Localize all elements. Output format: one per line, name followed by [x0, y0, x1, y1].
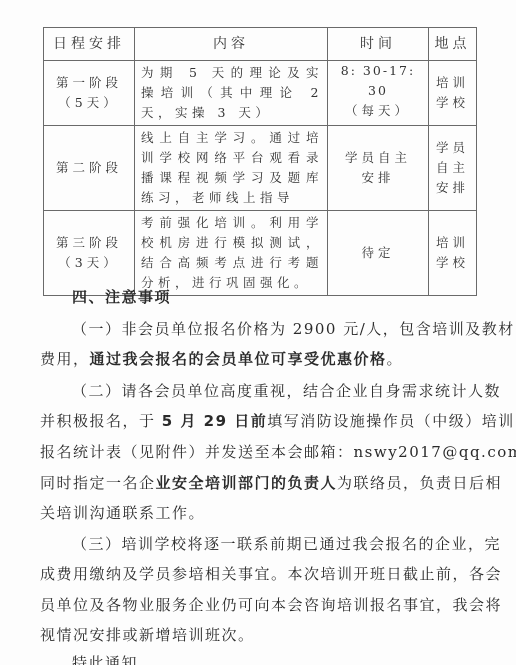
- place-cell: 学员自主安排: [429, 126, 477, 211]
- time-value: 学员自主: [332, 148, 424, 168]
- place-note: 安排: [433, 178, 472, 198]
- paragraph-2-line-2: 并积极报名，于 5 月 29 日前填写消防设施操作员（中级）培训: [40, 410, 515, 431]
- paragraph-3-line-2: 成费用缴纳及学员参培相关事宜。本次培训开班日截止前，各会: [40, 563, 502, 584]
- text: 费用，: [40, 350, 90, 368]
- table-row: 第二阶段 线上自主学习。通过培训学校网络平台观看录播课程视频学习及题库练习，老师…: [44, 126, 477, 211]
- time-cell: 待定: [328, 211, 429, 296]
- place-cell: 培训学校: [429, 61, 477, 126]
- stage-cell: 第一阶段（5天）: [44, 61, 135, 126]
- stage-label: 第三阶段: [48, 233, 130, 253]
- stage-duration: （3天）: [48, 253, 130, 273]
- text: 并积极报名，于: [40, 412, 162, 430]
- time-value: 8: 30-17: 30: [332, 61, 424, 101]
- time-note: （每天）: [332, 101, 424, 121]
- section-heading: 四、注意事项: [72, 286, 171, 307]
- place-cell: 培训学校: [429, 211, 477, 296]
- text: 。: [387, 350, 404, 368]
- time-note: 安排: [332, 168, 424, 188]
- header-schedule: 日程安排: [44, 28, 135, 61]
- stage-duration: （5天）: [48, 93, 130, 113]
- table-header-row: 日程安排 内容 时间 地点: [44, 28, 477, 61]
- paragraph-2-line-5: 关培训沟通联系工作。: [40, 502, 205, 523]
- bold-text: 业安全培训部门的负责人: [156, 474, 338, 492]
- time-value: 待定: [332, 243, 424, 263]
- bold-text: 5 月 29 日前: [162, 412, 267, 430]
- content-cell: 考前强化培训。利用学校机房进行模拟测试，结合高频考点进行考题分析，进行巩固强化。: [135, 211, 328, 296]
- paragraph-2-line-1: （二）请各会员单位高度重视，结合企业自身需求统计人数: [72, 380, 501, 401]
- place-value: 培训学校: [433, 73, 472, 113]
- time-cell: 学员自主安排: [328, 126, 429, 211]
- paragraph-2-line-3: 报名统计表（见附件）并发送至本会邮箱：nswy2017@qq.com，: [40, 441, 516, 462]
- stage-label: 第一阶段: [48, 73, 130, 93]
- place-value: 学员自主: [433, 138, 472, 178]
- text: 为联络员，负责日后相: [337, 474, 502, 492]
- header-time: 时间: [328, 28, 429, 61]
- header-content: 内容: [135, 28, 328, 61]
- stage-cell: 第二阶段: [44, 126, 135, 211]
- text: 填写消防设施操作员（中级）培训: [267, 412, 515, 430]
- content-cell: 为期 5 天的理论及实操培训（其中理论 2 天，实操 3 天）: [135, 61, 328, 126]
- time-cell: 8: 30-17: 30（每天）: [328, 61, 429, 126]
- stage-cell: 第三阶段（3天）: [44, 211, 135, 296]
- table-row: 第三阶段（3天） 考前强化培训。利用学校机房进行模拟测试，结合高频考点进行考题分…: [44, 211, 477, 296]
- header-place: 地点: [429, 28, 477, 61]
- place-value: 培训学校: [433, 233, 472, 273]
- text: 同时指定一名企: [40, 474, 156, 492]
- closing-text: 特此通知。: [72, 652, 155, 665]
- paragraph-1-line-2: 费用，通过我会报名的会员单位可享受优惠价格。: [40, 348, 403, 369]
- paragraph-3-line-3: 员单位及各物业服务企业仍可向本会咨询培训报名事宜，我会将: [40, 594, 502, 615]
- schedule-table: 日程安排 内容 时间 地点 第一阶段（5天） 为期 5 天的理论及实操培训（其中…: [43, 27, 477, 296]
- paragraph-3-line-4: 视情况安排或新增培训班次。: [40, 624, 255, 645]
- content-cell: 线上自主学习。通过培训学校网络平台观看录播课程视频学习及题库练习，老师线上指导: [135, 126, 328, 211]
- bold-text: 通过我会报名的会员单位可享受优惠价格: [90, 350, 387, 368]
- stage-label: 第二阶段: [48, 158, 130, 178]
- paragraph-1-line-1: （一）非会员单位报名价格为 2900 元/人，包含培训及教材: [72, 318, 515, 339]
- table-row: 第一阶段（5天） 为期 5 天的理论及实操培训（其中理论 2 天，实操 3 天）…: [44, 61, 477, 126]
- paragraph-3-line-1: （三）培训学校将逐一联系前期已通过我会报名的企业，完: [72, 533, 501, 554]
- paragraph-2-line-4: 同时指定一名企业安全培训部门的负责人为联络员，负责日后相: [40, 472, 502, 493]
